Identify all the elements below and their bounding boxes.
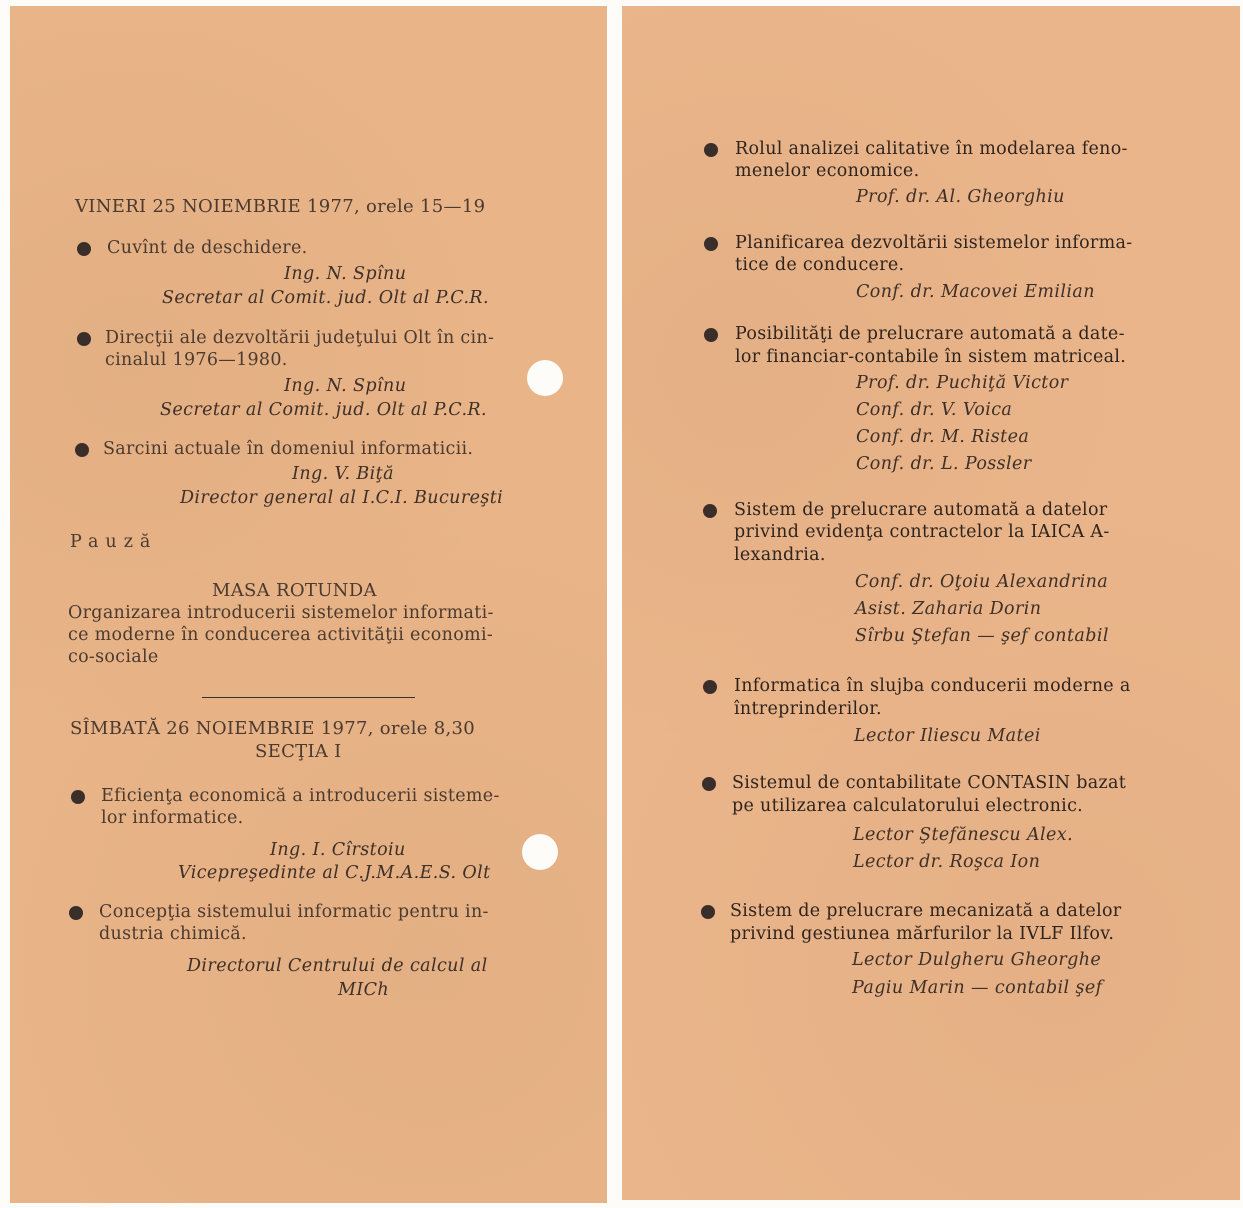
round-table-line: Organizarea introducerii sistemelor info… [68, 603, 494, 623]
agenda-item-title: Concepţia sistemului informatic pentru i… [99, 902, 489, 922]
divider [202, 697, 415, 698]
agenda-item-title: privind evidenţa contractelor la IAICA A… [734, 522, 1110, 542]
punch-hole [527, 360, 563, 396]
day2-heading: SÎMBATĂ 26 NOIEMBRIE 1977, orele 8,30 [70, 718, 475, 739]
agenda-item-title: Direcţii ale dezvoltării judeţului Olt î… [105, 328, 494, 348]
speaker-name: Ing. N. Spînu [284, 376, 406, 396]
speaker-role: Secretar al Comit. jud. Olt al P.C.R. [160, 400, 487, 420]
bullet-icon [75, 443, 89, 457]
agenda-item-title: Posibilităţi de prelucrare automată a da… [735, 324, 1125, 344]
round-table-line: co-sociale [68, 647, 159, 667]
agenda-item-title: lexandria. [734, 545, 826, 565]
right-page: Rolul analizei calitative în modelarea f… [622, 6, 1240, 1200]
agenda-item-title: Sarcini actuale în domeniul informaticii… [103, 439, 473, 459]
day1-heading: VINERI 25 NOIEMBRIE 1977, orele 15—19 [75, 196, 485, 217]
agenda-item-title: întreprinderilor. [734, 699, 882, 719]
bullet-icon [71, 790, 85, 804]
agenda-item-title: lor informatice. [101, 808, 243, 828]
agenda-item-title: Cuvînt de deschidere. [107, 238, 307, 258]
agenda-item-title: cinalul 1976—1980. [105, 350, 288, 370]
bullet-icon [703, 680, 717, 694]
left-page: VINERI 25 NOIEMBRIE 1977, orele 15—19 Cu… [10, 6, 607, 1203]
agenda-item-title: tice de conducere. [735, 255, 904, 275]
speaker-role: Directorul Centrului de calcul al [187, 956, 488, 976]
bullet-icon [701, 905, 715, 919]
speaker-role: MICh [338, 980, 389, 1000]
agenda-item-title: menelor economice. [735, 161, 919, 181]
speaker-name: Conf. dr. L. Possler [856, 454, 1032, 474]
punch-hole [522, 834, 558, 870]
agenda-item-title: Sistemul de contabilitate CONTASIN bazat [732, 773, 1126, 793]
bullet-icon [703, 504, 717, 518]
speaker-name: Lector Dulgheru Gheorghe [852, 950, 1101, 970]
agenda-item-title: Sistem de prelucrare automată a datelor [734, 500, 1107, 520]
bullet-icon [704, 328, 718, 342]
agenda-item-title: privind gestiunea mărfurilor la IVLF Ilf… [730, 924, 1114, 944]
agenda-item-title: lor financiar-contabile în sistem matric… [735, 347, 1126, 367]
speaker-name: Asist. Zaharia Dorin [855, 599, 1041, 619]
bullet-icon [704, 237, 718, 251]
pause-label: Pauză [70, 532, 157, 552]
bullet-icon [77, 242, 91, 256]
round-table-line: ce moderne în conducerea activităţii eco… [68, 625, 493, 645]
speaker-name: Pagiu Marin — contabil şef [852, 978, 1103, 998]
agenda-item-title: Eficienţa economică a introducerii siste… [101, 786, 500, 806]
speaker-role: Director general al I.C.I. Bucureşti [180, 488, 503, 508]
speaker-name: Conf. dr. Oţoiu Alexandrina [855, 572, 1108, 592]
speaker-name: Ing. I. Cîrstoiu [270, 840, 406, 860]
agenda-item-title: Planificarea dezvoltării sistemelor info… [735, 233, 1132, 253]
speaker-name: Lector Iliescu Matei [854, 726, 1041, 746]
agenda-item-title: Informatica în slujba conducerii moderne… [734, 676, 1131, 696]
bullet-icon [704, 143, 718, 157]
agenda-item-title: pe utilizarea calculatorului electronic. [732, 796, 1083, 816]
section-heading: SECŢIA I [255, 741, 342, 762]
speaker-name: Conf. dr. Macovei Emilian [856, 282, 1095, 302]
agenda-item-title: dustria chimică. [99, 924, 247, 944]
bullet-icon [702, 777, 716, 791]
speaker-name: Lector Ştefănescu Alex. [853, 825, 1073, 845]
speaker-name: Ing. V. Biţă [292, 464, 394, 484]
speaker-name: Lector dr. Roşca Ion [853, 852, 1040, 872]
round-table-heading: MASA ROTUNDA [212, 580, 377, 601]
speaker-name: Prof. dr. Puchiţă Victor [856, 373, 1068, 393]
agenda-item-title: Rolul analizei calitative în modelarea f… [735, 139, 1128, 159]
speaker-role: Vicepreşedinte al C.J.M.A.E.S. Olt [178, 863, 491, 883]
bullet-icon [77, 332, 91, 346]
speaker-role: Secretar al Comit. jud. Olt al P.C.R. [162, 288, 489, 308]
speaker-name: Conf. dr. M. Ristea [856, 427, 1029, 447]
agenda-item-title: Sistem de prelucrare mecanizată a datelo… [730, 901, 1121, 921]
speaker-name: Prof. dr. Al. Gheorghiu [856, 187, 1065, 207]
speaker-name: Sîrbu Ştefan — şef contabil [855, 626, 1109, 646]
speaker-name: Conf. dr. V. Voica [856, 400, 1012, 420]
speaker-name: Ing. N. Spînu [284, 264, 406, 284]
bullet-icon [69, 906, 83, 920]
